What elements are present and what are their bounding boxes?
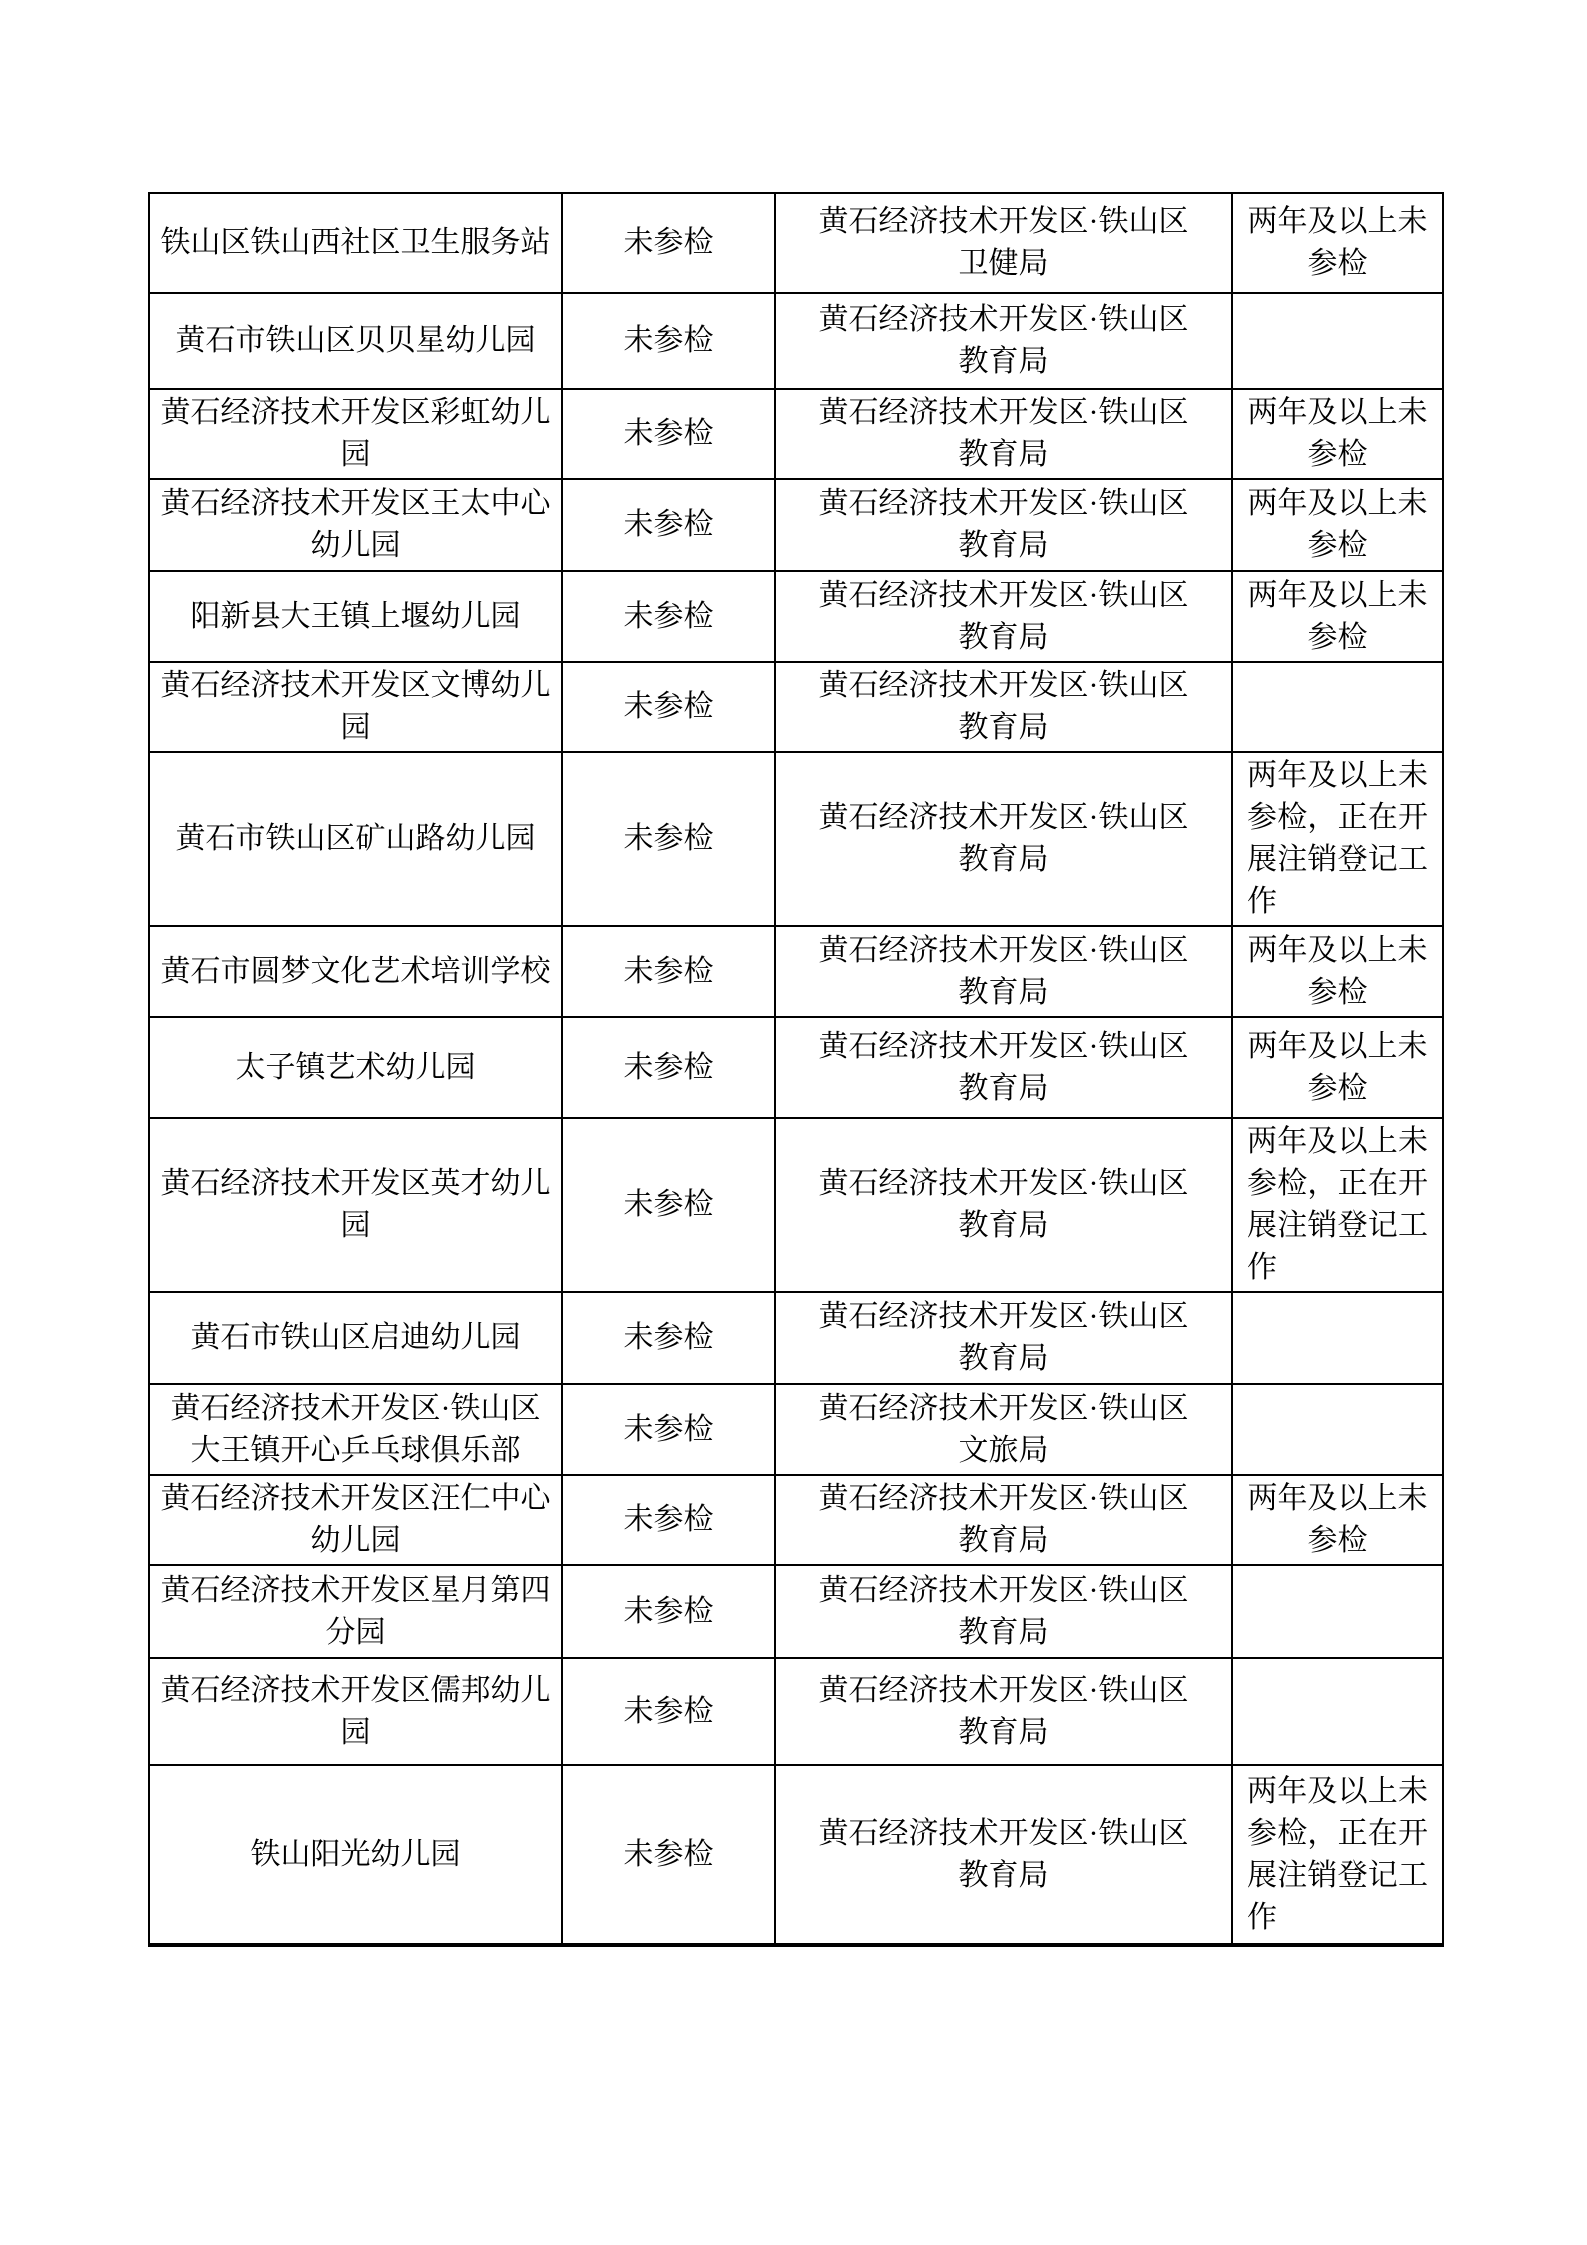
- status-cell: 未参检: [563, 1018, 776, 1117]
- dept-region-line: 黄石经济技术开发区·铁山区: [786, 797, 1221, 839]
- status-cell: 未参检: [563, 1385, 776, 1474]
- document-page: 铁山区铁山西社区卫生服务站 未参检 黄石经济技术开发区·铁山区 卫健局 两年及以…: [0, 0, 1587, 2245]
- remark-cell: 两年及以上未参检，正在开展注销登记工作: [1233, 1766, 1442, 1943]
- table-row: 黄石经济技术开发区彩虹幼儿园 未参检 黄石经济技术开发区·铁山区 教育局 两年及…: [150, 390, 1442, 480]
- status-cell: 未参检: [563, 194, 776, 292]
- org-name-cell: 太子镇艺术幼儿园: [150, 1018, 563, 1117]
- remark-cell: [1233, 663, 1442, 751]
- status-cell: 未参检: [563, 294, 776, 388]
- inspection-table: 铁山区铁山西社区卫生服务站 未参检 黄石经济技术开发区·铁山区 卫健局 两年及以…: [148, 192, 1444, 1947]
- org-name-cell: 黄石经济技术开发区·铁山区大王镇开心乒乓球俱乐部: [150, 1385, 563, 1474]
- dept-region-line: 黄石经济技术开发区·铁山区: [786, 392, 1221, 434]
- table-row: 黄石经济技术开发区王太中心幼儿园 未参检 黄石经济技术开发区·铁山区 教育局 两…: [150, 480, 1442, 572]
- dept-region-line: 黄石经济技术开发区·铁山区: [786, 1670, 1221, 1712]
- table-row: 黄石市圆梦文化艺术培训学校 未参检 黄石经济技术开发区·铁山区 教育局 两年及以…: [150, 927, 1442, 1018]
- table-row: 太子镇艺术幼儿园 未参检 黄石经济技术开发区·铁山区 教育局 两年及以上未参检: [150, 1018, 1442, 1119]
- dept-cell: 黄石经济技术开发区·铁山区 教育局: [776, 1018, 1233, 1117]
- dept-region-line: 黄石经济技术开发区·铁山区: [786, 575, 1221, 617]
- dept-cell: 黄石经济技术开发区·铁山区 教育局: [776, 1566, 1233, 1657]
- dept-region-line: 黄石经济技术开发区·铁山区: [786, 1478, 1221, 1520]
- dept-region-line: 黄石经济技术开发区·铁山区: [786, 1296, 1221, 1338]
- dept-region-line: 黄石经济技术开发区·铁山区: [786, 1813, 1221, 1855]
- dept-region-line: 黄石经济技术开发区·铁山区: [786, 1163, 1221, 1205]
- dept-cell: 黄石经济技术开发区·铁山区 教育局: [776, 1119, 1233, 1291]
- dept-bureau-line: 教育局: [786, 341, 1221, 383]
- org-name-cell: 黄石市铁山区启迪幼儿园: [150, 1293, 563, 1383]
- org-name-cell: 黄石市铁山区矿山路幼儿园: [150, 753, 563, 925]
- remark-cell: [1233, 1385, 1442, 1474]
- remark-cell: 两年及以上未参检: [1233, 572, 1442, 661]
- dept-cell: 黄石经济技术开发区·铁山区 教育局: [776, 753, 1233, 925]
- status-cell: 未参检: [563, 663, 776, 751]
- status-cell: 未参检: [563, 753, 776, 925]
- dept-bureau-line: 文旅局: [786, 1430, 1221, 1472]
- org-name-cell: 黄石经济技术开发区文博幼儿园: [150, 663, 563, 751]
- table-row: 黄石经济技术开发区儒邦幼儿园 未参检 黄石经济技术开发区·铁山区 教育局: [150, 1659, 1442, 1766]
- dept-region-line: 黄石经济技术开发区·铁山区: [786, 1570, 1221, 1612]
- status-cell: 未参检: [563, 480, 776, 570]
- dept-region-line: 黄石经济技术开发区·铁山区: [786, 483, 1221, 525]
- dept-bureau-line: 教育局: [786, 1612, 1221, 1654]
- table-row: 黄石市铁山区矿山路幼儿园 未参检 黄石经济技术开发区·铁山区 教育局 两年及以上…: [150, 753, 1442, 927]
- dept-cell: 黄石经济技术开发区·铁山区 教育局: [776, 480, 1233, 570]
- dept-bureau-line: 教育局: [786, 972, 1221, 1014]
- dept-bureau-line: 教育局: [786, 1068, 1221, 1110]
- org-name-cell: 黄石市圆梦文化艺术培训学校: [150, 927, 563, 1016]
- remark-cell: 两年及以上未参检: [1233, 480, 1442, 570]
- dept-bureau-line: 教育局: [786, 1855, 1221, 1897]
- dept-cell: 黄石经济技术开发区·铁山区 教育局: [776, 294, 1233, 388]
- status-cell: 未参检: [563, 927, 776, 1016]
- dept-cell: 黄石经济技术开发区·铁山区 教育局: [776, 927, 1233, 1016]
- dept-region-line: 黄石经济技术开发区·铁山区: [786, 1388, 1221, 1430]
- table-row: 铁山阳光幼儿园 未参检 黄石经济技术开发区·铁山区 教育局 两年及以上未参检，正…: [150, 1766, 1442, 1943]
- table-row: 黄石经济技术开发区·铁山区大王镇开心乒乓球俱乐部 未参检 黄石经济技术开发区·铁…: [150, 1385, 1442, 1476]
- dept-bureau-line: 教育局: [786, 525, 1221, 567]
- dept-cell: 黄石经济技术开发区·铁山区 教育局: [776, 663, 1233, 751]
- dept-cell: 黄石经济技术开发区·铁山区 教育局: [776, 1293, 1233, 1383]
- status-cell: 未参检: [563, 1476, 776, 1564]
- dept-region-line: 黄石经济技术开发区·铁山区: [786, 665, 1221, 707]
- table-row: 黄石经济技术开发区汪仁中心幼儿园 未参检 黄石经济技术开发区·铁山区 教育局 两…: [150, 1476, 1442, 1566]
- dept-bureau-line: 教育局: [786, 839, 1221, 881]
- status-cell: 未参检: [563, 572, 776, 661]
- dept-cell: 黄石经济技术开发区·铁山区 教育局: [776, 390, 1233, 478]
- dept-cell: 黄石经济技术开发区·铁山区 文旅局: [776, 1385, 1233, 1474]
- dept-cell: 黄石经济技术开发区·铁山区 教育局: [776, 572, 1233, 661]
- status-cell: 未参检: [563, 1293, 776, 1383]
- org-name-cell: 黄石经济技术开发区儒邦幼儿园: [150, 1659, 563, 1764]
- status-cell: 未参检: [563, 1119, 776, 1291]
- status-cell: 未参检: [563, 1566, 776, 1657]
- dept-cell: 黄石经济技术开发区·铁山区 卫健局: [776, 194, 1233, 292]
- table-row: 黄石市铁山区贝贝星幼儿园 未参检 黄石经济技术开发区·铁山区 教育局: [150, 294, 1442, 390]
- dept-cell: 黄石经济技术开发区·铁山区 教育局: [776, 1476, 1233, 1564]
- dept-region-line: 黄石经济技术开发区·铁山区: [786, 1026, 1221, 1068]
- table-row: 铁山区铁山西社区卫生服务站 未参检 黄石经济技术开发区·铁山区 卫健局 两年及以…: [150, 194, 1442, 294]
- org-name-cell: 阳新县大王镇上堰幼儿园: [150, 572, 563, 661]
- dept-bureau-line: 教育局: [786, 1520, 1221, 1562]
- table-row: 黄石经济技术开发区文博幼儿园 未参检 黄石经济技术开发区·铁山区 教育局: [150, 663, 1442, 753]
- remark-cell: 两年及以上未参检，正在开展注销登记工作: [1233, 1119, 1442, 1291]
- remark-cell: [1233, 1566, 1442, 1657]
- status-cell: 未参检: [563, 1766, 776, 1943]
- table-row: 黄石市铁山区启迪幼儿园 未参检 黄石经济技术开发区·铁山区 教育局: [150, 1293, 1442, 1385]
- remark-cell: 两年及以上未参检: [1233, 927, 1442, 1016]
- remark-cell: [1233, 294, 1442, 388]
- dept-cell: 黄石经济技术开发区·铁山区 教育局: [776, 1766, 1233, 1943]
- dept-bureau-line: 教育局: [786, 707, 1221, 749]
- org-name-cell: 铁山区铁山西社区卫生服务站: [150, 194, 563, 292]
- org-name-cell: 铁山阳光幼儿园: [150, 1766, 563, 1943]
- remark-cell: 两年及以上未参检: [1233, 390, 1442, 478]
- org-name-cell: 黄石经济技术开发区英才幼儿园: [150, 1119, 563, 1291]
- dept-bureau-line: 教育局: [786, 434, 1221, 476]
- dept-region-line: 黄石经济技术开发区·铁山区: [786, 299, 1221, 341]
- remark-cell: 两年及以上未参检: [1233, 1476, 1442, 1564]
- remark-cell: 两年及以上未参检: [1233, 194, 1442, 292]
- status-cell: 未参检: [563, 390, 776, 478]
- dept-bureau-line: 教育局: [786, 617, 1221, 659]
- dept-bureau-line: 教育局: [786, 1338, 1221, 1380]
- table-row: 阳新县大王镇上堰幼儿园 未参检 黄石经济技术开发区·铁山区 教育局 两年及以上未…: [150, 572, 1442, 663]
- dept-cell: 黄石经济技术开发区·铁山区 教育局: [776, 1659, 1233, 1764]
- org-name-cell: 黄石经济技术开发区彩虹幼儿园: [150, 390, 563, 478]
- dept-bureau-line: 教育局: [786, 1712, 1221, 1754]
- table-row: 黄石经济技术开发区星月第四分园 未参检 黄石经济技术开发区·铁山区 教育局: [150, 1566, 1442, 1659]
- dept-bureau-line: 教育局: [786, 1205, 1221, 1247]
- dept-region-line: 黄石经济技术开发区·铁山区: [786, 201, 1221, 243]
- status-cell: 未参检: [563, 1659, 776, 1764]
- dept-region-line: 黄石经济技术开发区·铁山区: [786, 930, 1221, 972]
- org-name-cell: 黄石经济技术开发区王太中心幼儿园: [150, 480, 563, 570]
- dept-bureau-line: 卫健局: [786, 243, 1221, 285]
- remark-cell: [1233, 1293, 1442, 1383]
- remark-cell: 两年及以上未参检: [1233, 1018, 1442, 1117]
- org-name-cell: 黄石经济技术开发区汪仁中心幼儿园: [150, 1476, 563, 1564]
- table-row: 黄石经济技术开发区英才幼儿园 未参检 黄石经济技术开发区·铁山区 教育局 两年及…: [150, 1119, 1442, 1293]
- org-name-cell: 黄石市铁山区贝贝星幼儿园: [150, 294, 563, 388]
- org-name-cell: 黄石经济技术开发区星月第四分园: [150, 1566, 563, 1657]
- remark-cell: [1233, 1659, 1442, 1764]
- remark-cell: 两年及以上未参检，正在开展注销登记工作: [1233, 753, 1442, 925]
